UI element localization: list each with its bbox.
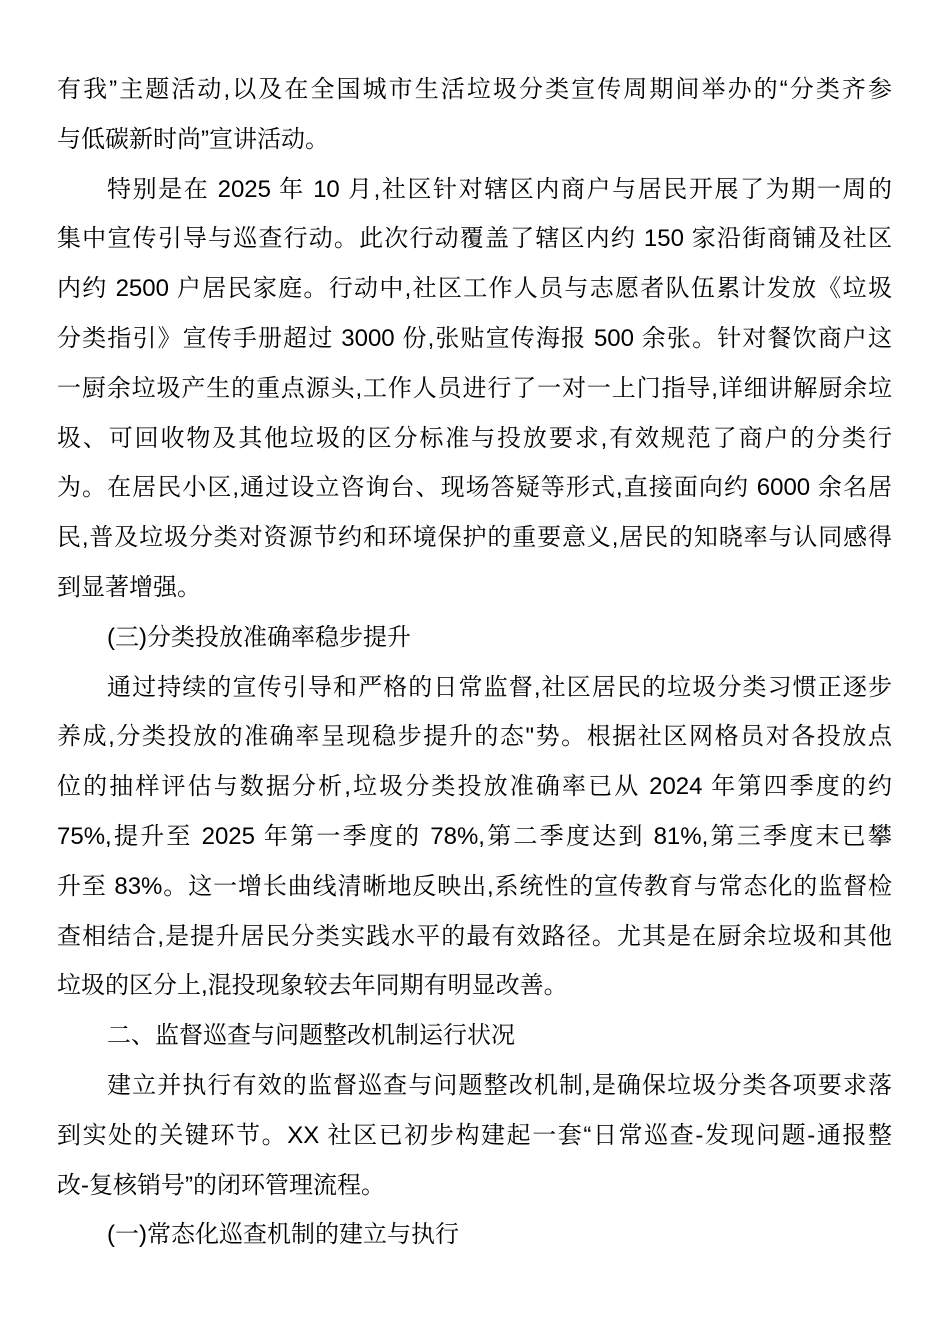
body-text-line: 民,普及垃圾分类对资源节约和环境保护的重要意义,居民的知晓率与认同感得 (57, 513, 892, 563)
body-text-line: 内约 2500 户居民家庭。行动中,社区工作人员与志愿者队伍累计发放《垃圾 (57, 264, 892, 314)
body-text-line: 75%,提升至 2025 年第一季度的 78%,第二季度达到 81%,第三季度末… (57, 812, 892, 862)
body-text-line: 到显著增强。 (57, 563, 892, 613)
section-heading-line: (三)分类投放准确率稳步提升 (57, 613, 892, 663)
document-page: 有我”主题活动,以及在全国城市生活垃圾分类宣传周期间举办的“分类齐参 与低碳新时… (57, 65, 892, 1260)
body-text-line: 养成,分类投放的准确率呈现稳步提升的态"势。根据社区网格员对各投放点 (57, 712, 892, 762)
body-text-line: 圾、可回收物及其他垃圾的区分标准与投放要求,有效规范了商户的分类行 (57, 414, 892, 464)
body-text-line: 通过持续的宣传引导和严格的日常监督,社区居民的垃圾分类习惯正逐步 (57, 663, 892, 713)
body-text-line: 升至 83%。这一增长曲线清晰地反映出,系统性的宣传教育与常态化的监督检 (57, 862, 892, 912)
body-text-line: 集中宣传引导与巡查行动。此次行动覆盖了辖区内约 150 家沿街商铺及社区 (57, 214, 892, 264)
body-text-line: 查相结合,是提升居民分类实践水平的最有效路径。尤其是在厨余垃圾和其他 (57, 912, 892, 962)
body-text-line: 位的抽样评估与数据分析,垃圾分类投放准确率已从 2024 年第四季度的约 (57, 762, 892, 812)
body-text-line: 分类指引》宣传手册超过 3000 份,张贴宣传海报 500 余张。针对餐饮商户这 (57, 314, 892, 364)
body-text-line: 与低碳新时尚”宣讲活动。 (57, 115, 892, 165)
body-text-line: 为。在居民小区,通过设立咨询台、现场答疑等形式,直接面向约 6000 余名居 (57, 463, 892, 513)
body-text-line: 特别是在 2025 年 10 月,社区针对辖区内商户与居民开展了为期一周的 (57, 165, 892, 215)
body-text-line: 一厨余垃圾产生的重点源头,工作人员进行了一对一上门指导,详细讲解厨余垃 (57, 364, 892, 414)
body-text-line: 改-复核销号”的闭环管理流程。 (57, 1161, 892, 1211)
body-text-line: 建立并执行有效的监督巡查与问题整改机制,是确保垃圾分类各项要求落 (57, 1061, 892, 1111)
section-heading-line: 二、监督巡查与问题整改机制运行状况 (57, 1011, 892, 1061)
body-text-line: 有我”主题活动,以及在全国城市生活垃圾分类宣传周期间举办的“分类齐参 (57, 65, 892, 115)
body-text-line: 到实处的关键环节。XX 社区已初步构建起一套“日常巡查-发现问题-通报整 (57, 1111, 892, 1161)
section-heading-line: (一)常态化巡查机制的建立与执行 (57, 1210, 892, 1260)
body-text-line: 垃圾的区分上,混投现象较去年同期有明显改善。 (57, 961, 892, 1011)
